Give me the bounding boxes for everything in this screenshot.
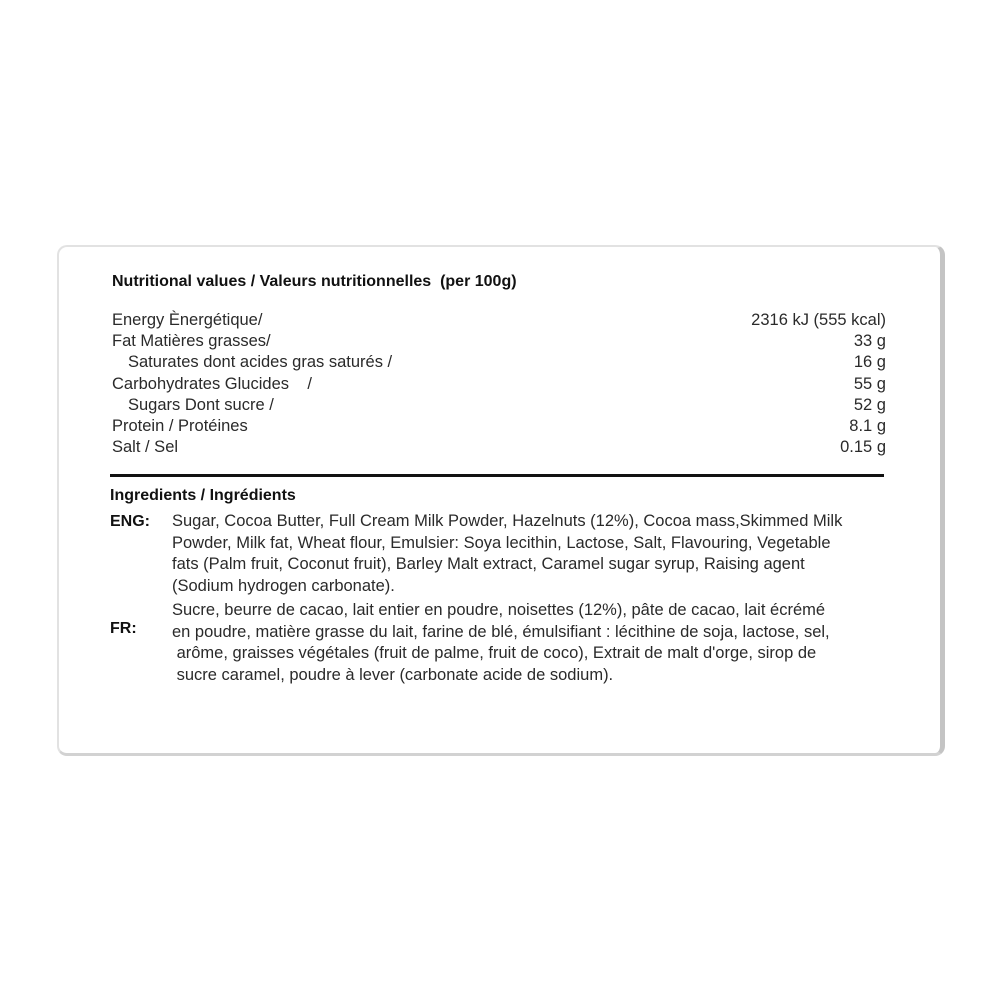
nutrient-label: Energy Ènergétique/ bbox=[112, 310, 262, 331]
nutrient-label: Salt / Sel bbox=[112, 437, 178, 458]
ingredients-line: Sugar, Cocoa Butter, Full Cream Milk Pow… bbox=[172, 511, 842, 533]
french-label: FR: bbox=[110, 620, 137, 638]
nutrient-value: 33 g bbox=[854, 331, 886, 352]
nutrition-row-saturates: Saturates dont acides gras saturés / 16 … bbox=[112, 352, 886, 373]
nutrient-value: 2316 kJ (555 kcal) bbox=[751, 310, 886, 331]
ingredients-title: Ingredients / Ingrédients bbox=[110, 487, 296, 505]
nutrient-value: 0.15 g bbox=[840, 437, 886, 458]
nutrition-row-sugars: Sugars Dont sucre / 52 g bbox=[112, 395, 886, 416]
ingredients-line: (Sodium hydrogen carbonate). bbox=[172, 576, 842, 598]
nutrient-value: 8.1 g bbox=[849, 416, 886, 437]
nutrient-value: 52 g bbox=[854, 395, 886, 416]
ingredients-line: Powder, Milk fat, Wheat flour, Emulsier:… bbox=[172, 533, 842, 555]
nutrition-row-carbohydrates: Carbohydrates Glucides / 55 g bbox=[112, 374, 886, 395]
ingredients-line: Sucre, beurre de cacao, lait entier en p… bbox=[172, 600, 830, 622]
ingredients-line: arôme, graisses végétales (fruit de palm… bbox=[172, 643, 830, 665]
nutrient-label: Fat Matières grasses/ bbox=[112, 331, 271, 352]
nutrition-title: Nutritional values / Valeurs nutritionne… bbox=[112, 273, 517, 291]
nutrient-value: 16 g bbox=[854, 352, 886, 373]
section-divider bbox=[110, 474, 884, 477]
nutrient-label: Sugars Dont sucre / bbox=[112, 395, 274, 416]
ingredients-line: en poudre, matière grasse du lait, farin… bbox=[172, 622, 830, 644]
nutrition-row-protein: Protein / Protéines 8.1 g bbox=[112, 416, 886, 437]
nutrient-value: 55 g bbox=[854, 374, 886, 395]
nutrient-label: Protein / Protéines bbox=[112, 416, 248, 437]
ingredients-line: sucre caramel, poudre à lever (carbonate… bbox=[172, 665, 830, 687]
nutrition-table: Energy Ènergétique/ 2316 kJ (555 kcal) F… bbox=[112, 310, 886, 458]
nutrition-row-salt: Salt / Sel 0.15 g bbox=[112, 437, 886, 458]
nutrition-row-fat: Fat Matières grasses/ 33 g bbox=[112, 331, 886, 352]
ingredients-line: fats (Palm fruit, Coconut fruit), Barley… bbox=[172, 554, 842, 576]
nutrition-row-energy: Energy Ènergétique/ 2316 kJ (555 kcal) bbox=[112, 310, 886, 331]
nutrient-label: Carbohydrates Glucides / bbox=[112, 374, 312, 395]
english-label: ENG: bbox=[110, 513, 150, 531]
english-ingredients: Sugar, Cocoa Butter, Full Cream Milk Pow… bbox=[172, 511, 842, 597]
nutrient-label: Saturates dont acides gras saturés / bbox=[112, 352, 392, 373]
french-ingredients: Sucre, beurre de cacao, lait entier en p… bbox=[172, 600, 830, 686]
